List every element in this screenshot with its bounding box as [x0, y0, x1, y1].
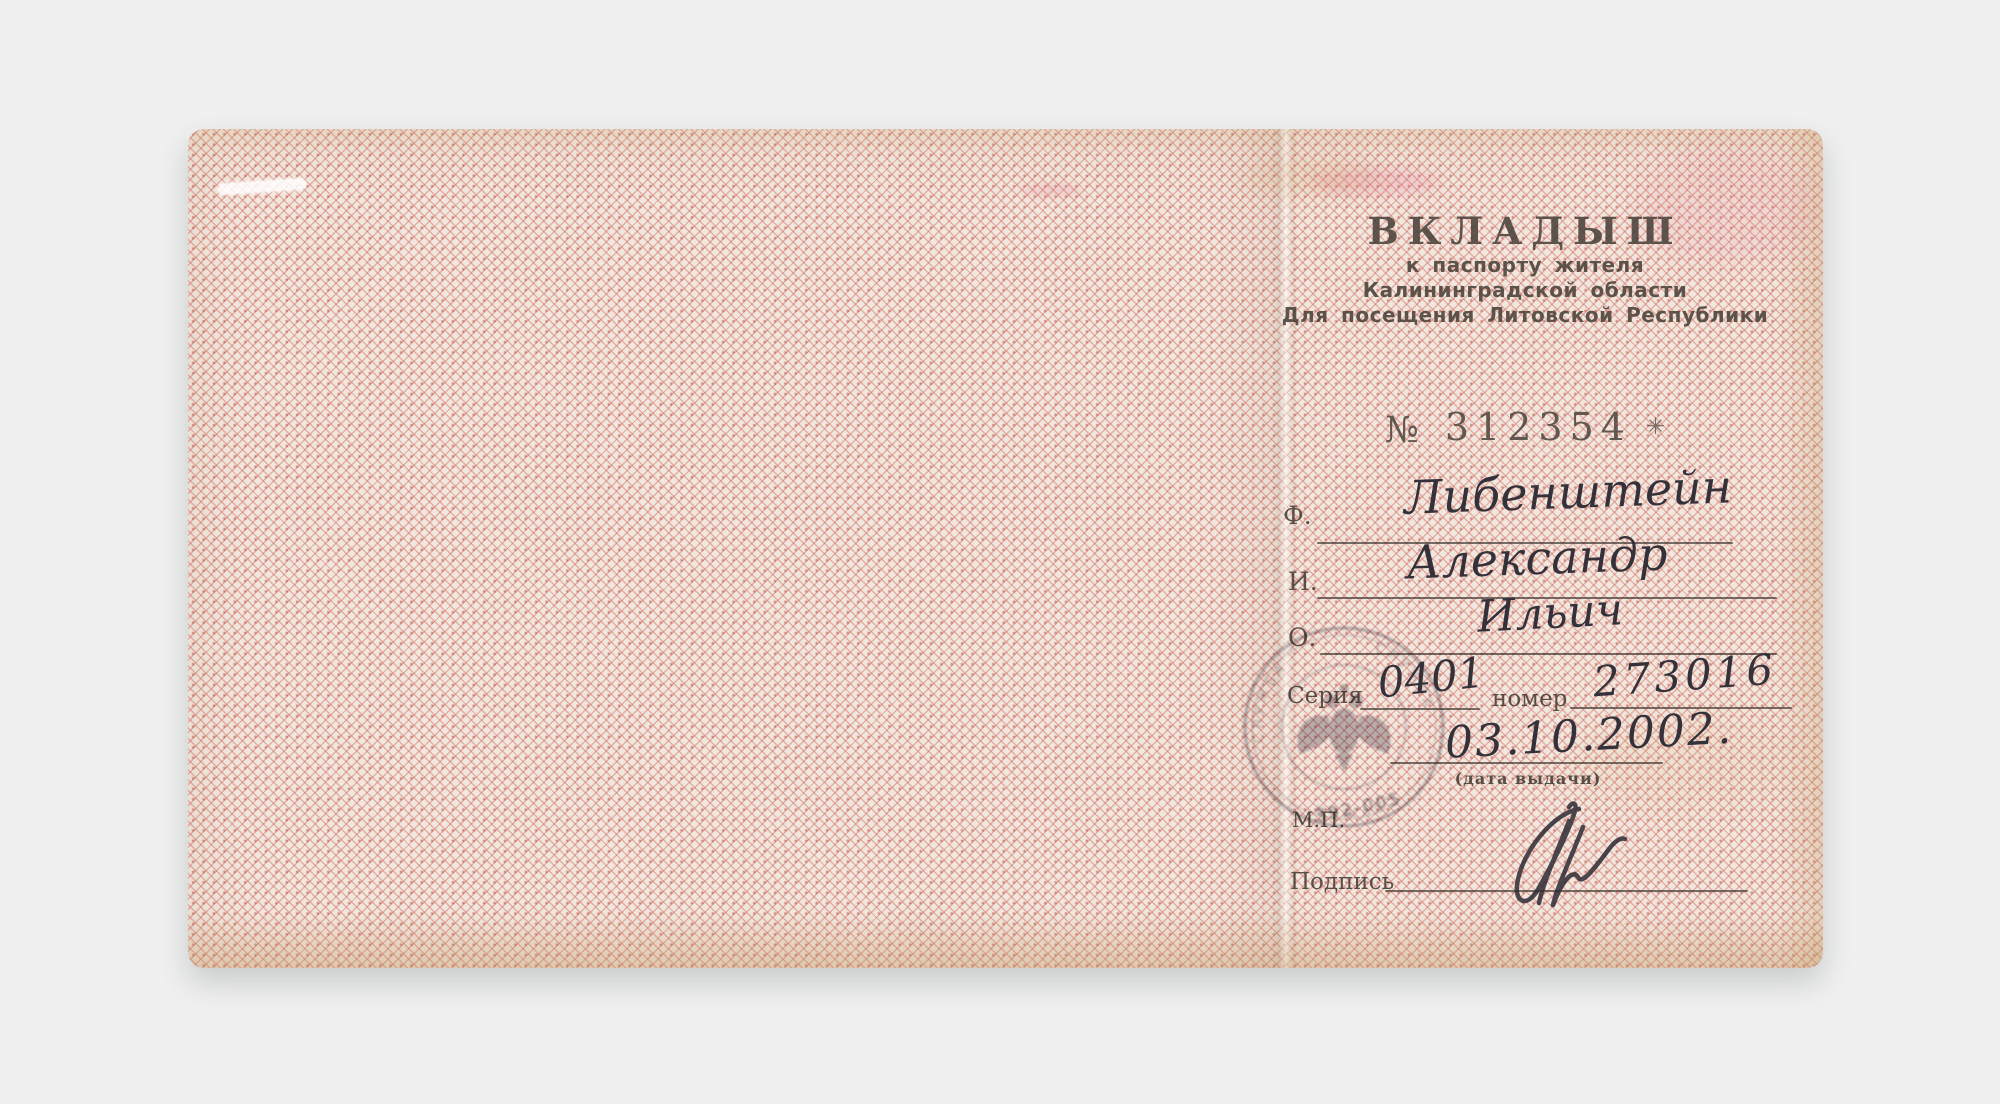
passport-insert-document: ВКЛАДЫШ к паспорту жителя Калининградско… [188, 129, 1823, 968]
surname-label: Ф. [1283, 501, 1312, 530]
photo-background: ВКЛАДЫШ к паспорту жителя Калининградско… [0, 0, 2000, 1104]
first-name-label: И. [1288, 567, 1318, 596]
star-decoration-icon: ✳ [1646, 414, 1665, 440]
staple-mark [218, 178, 307, 195]
document-number-row: №312354✳ [1225, 405, 1823, 451]
document-title: ВКЛАДЫШ [1225, 209, 1823, 253]
document-number: 312354 [1445, 405, 1632, 449]
pink-small-smudge [1021, 184, 1083, 197]
pink-ink-smudge [1310, 169, 1440, 195]
subtitle-line-3: Для посещения Литовской Республики [1225, 303, 1823, 328]
stamp-rim-text: СЛУЖБА [1251, 659, 1291, 743]
subtitle-line-1: к паспорту жителя [1225, 253, 1823, 278]
signature-flourish [1483, 787, 1653, 937]
surname-value-handwritten: Либенштейн [1347, 457, 1789, 526]
issue-date-value-handwritten: 03.10.2002. [1444, 704, 1706, 769]
aged-top-edge [188, 129, 1823, 155]
document-header: ВКЛАДЫШ к паспорту жителя Калининградско… [1225, 209, 1823, 328]
signature-label: Подпись [1290, 869, 1394, 895]
numero-sign: № [1385, 410, 1419, 451]
stamp-code: 392-005 [1313, 789, 1404, 827]
round-ink-stamp: СЛУЖБА СЛУЖБА СЛУЖБА 392-005 [1234, 617, 1454, 837]
subtitle-line-2: Калининградской области [1225, 278, 1823, 303]
